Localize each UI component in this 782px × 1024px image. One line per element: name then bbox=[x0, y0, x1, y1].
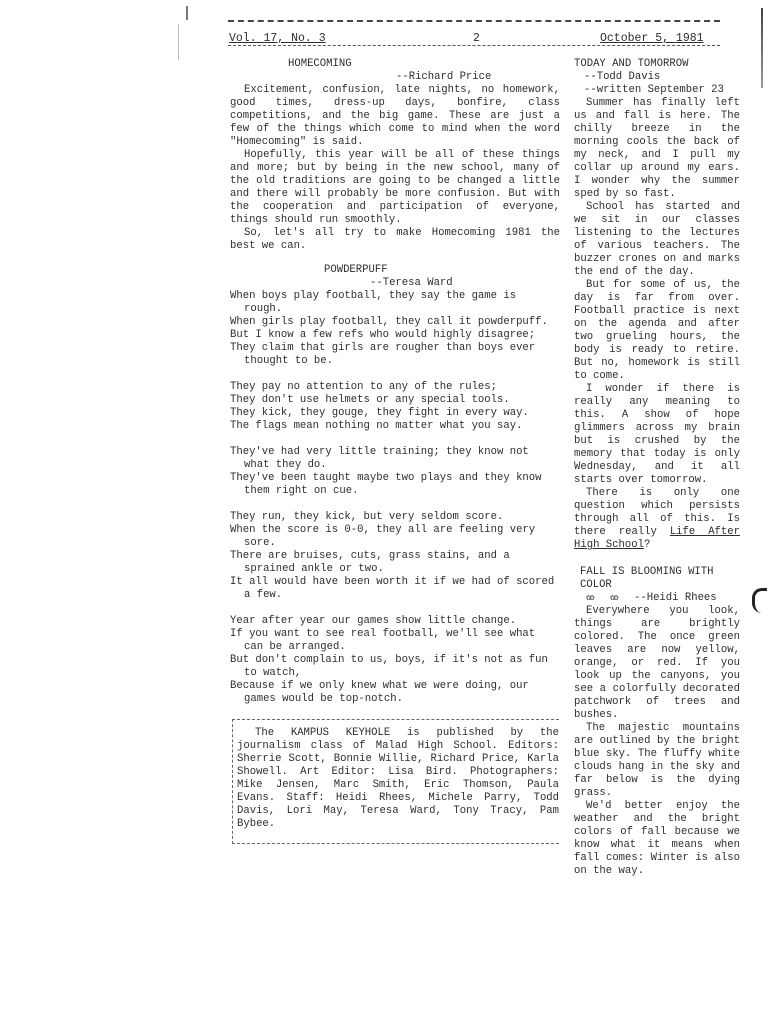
leaf-doodle-icon: ✿✿ bbox=[586, 594, 604, 603]
verse-line: But don't complain to us, boys, if it's … bbox=[230, 654, 560, 680]
paragraph: We'd better enjoy the weather and the br… bbox=[574, 800, 740, 878]
verse-line: When girls play football, they call it p… bbox=[230, 316, 560, 329]
masthead-credits-box: The KAMPUS KEYHOLE is published by the j… bbox=[232, 719, 559, 844]
paragraph: So, let's all try to make Homecoming 198… bbox=[230, 227, 560, 253]
issue-date: October 5, 1981 bbox=[599, 32, 705, 45]
verse-line: When boys play football, they say the ga… bbox=[230, 290, 560, 316]
paragraph: There is only one question which persist… bbox=[574, 487, 740, 552]
poem-title: POWDERPUFF bbox=[230, 264, 560, 277]
page-number: 2 bbox=[472, 32, 481, 45]
leaf-doodle-icon: ✿✿ bbox=[610, 594, 628, 603]
verse-line: They've had very little training; they k… bbox=[230, 446, 560, 472]
verse-line: Because if we only knew what we were doi… bbox=[230, 680, 560, 706]
article-written-date: --written September 23 bbox=[574, 84, 740, 97]
volume-number: Vol. 17, No. 3 bbox=[228, 32, 327, 45]
verse-line: They kick, they gouge, they fight in eve… bbox=[230, 407, 560, 420]
article-byline: --Richard Price bbox=[230, 71, 560, 84]
verse-line: They run, they kick, but very seldom sco… bbox=[230, 511, 560, 524]
homecoming-article: HOMECOMING --Richard Price Excitement, c… bbox=[230, 58, 560, 253]
right-column: TODAY AND TOMORROW --Todd Davis --writte… bbox=[574, 58, 740, 878]
paragraph: School has started and we sit in our cla… bbox=[574, 201, 740, 279]
verse-line: They claim that girls are rougher than b… bbox=[230, 342, 560, 368]
verse-line: The flags mean nothing no matter what yo… bbox=[230, 420, 560, 433]
paragraph: Summer has finally left us and fall is h… bbox=[574, 97, 740, 201]
paragraph: But for some of us, the day is far from … bbox=[574, 279, 740, 383]
verse-line: But I know a few refs who would highly d… bbox=[230, 329, 560, 342]
top-rule bbox=[228, 20, 720, 22]
paragraph: Everywhere you look, things are brightly… bbox=[574, 605, 740, 722]
stanza: They've had very little training; they k… bbox=[230, 446, 560, 498]
page-header: Vol. 17, No. 3 2 October 5, 1981 bbox=[228, 32, 720, 50]
byline-row: ✿✿ ✿✿ --Heidi Rhees bbox=[574, 592, 740, 605]
verse-line: There are bruises, cuts, grass stains, a… bbox=[230, 550, 560, 576]
fall-article: FALL IS BLOOMING WITH COLOR ✿✿ ✿✿ --Heid… bbox=[574, 566, 740, 878]
header-rule bbox=[228, 45, 720, 46]
paragraph: The majestic mountains are outlined by t… bbox=[574, 722, 740, 800]
verse-line: Year after year our games show little ch… bbox=[230, 615, 560, 628]
stanza: Year after year our games show little ch… bbox=[230, 615, 560, 706]
article-title: HOMECOMING bbox=[230, 58, 560, 71]
today-tomorrow-article: TODAY AND TOMORROW --Todd Davis --writte… bbox=[574, 58, 740, 552]
verse-line: If you want to see real football, we'll … bbox=[230, 628, 560, 654]
stanza: They pay no attention to any of the rule… bbox=[230, 381, 560, 433]
left-column: HOMECOMING --Richard Price Excitement, c… bbox=[230, 58, 560, 844]
stanza: They run, they kick, but very seldom sco… bbox=[230, 511, 560, 602]
verse-line: It all would have been worth it if we ha… bbox=[230, 576, 560, 602]
paragraph: I wonder if there is really any meaning … bbox=[574, 383, 740, 487]
paragraph: Excitement, confusion, late nights, no h… bbox=[230, 84, 560, 149]
scan-mark bbox=[178, 24, 179, 60]
credits-art-editor: Art Editor: Lisa Bird. bbox=[300, 766, 458, 778]
article-byline: --Todd Davis bbox=[574, 71, 740, 84]
credits-staff: Staff: Heidi Rhees, Michele Parry, Todd … bbox=[237, 792, 559, 830]
verse-line: They don't use helmets or any special to… bbox=[230, 394, 560, 407]
binder-hole-mark bbox=[752, 588, 767, 613]
article-title: FALL IS BLOOMING WITH COLOR bbox=[580, 566, 740, 592]
verse-line: They've been taught maybe two plays and … bbox=[230, 472, 560, 498]
powderpuff-poem: POWDERPUFF --Teresa Ward When boys play … bbox=[230, 264, 560, 706]
paragraph: Hopefully, this year will be all of thes… bbox=[230, 149, 560, 227]
stanza: When boys play football, they say the ga… bbox=[230, 290, 560, 368]
scan-edge-mark bbox=[761, 8, 763, 88]
verse-line: When the score is 0-0, they all are feel… bbox=[230, 524, 560, 550]
article-byline: --Heidi Rhees bbox=[634, 592, 717, 605]
poem-byline: --Teresa Ward bbox=[230, 277, 560, 290]
article-title: TODAY AND TOMORROW bbox=[574, 58, 740, 71]
scan-mark bbox=[186, 6, 188, 20]
verse-line: They pay no attention to any of the rule… bbox=[230, 381, 560, 394]
